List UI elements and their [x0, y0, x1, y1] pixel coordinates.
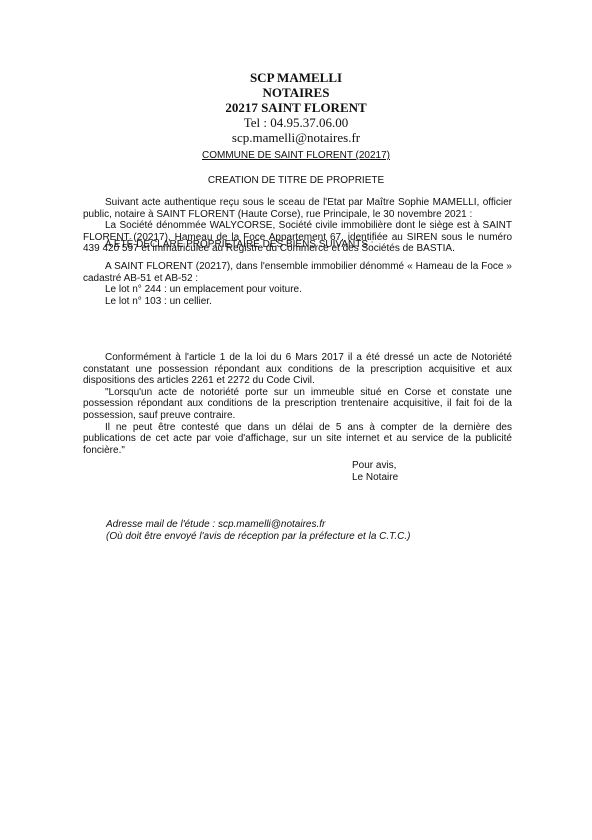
document-title: CREATION DE TITRE DE PROPRIETE — [0, 175, 592, 187]
property-location: A SAINT FLORENT (20217), dans l'ensemble… — [83, 261, 512, 284]
footer-note: Adresse mail de l'étude : scp.mamelli@no… — [106, 519, 410, 543]
citation-paragraph: "Lorsqu'un acte de notoriété porte sur u… — [83, 387, 512, 422]
property-section: A SAINT FLORENT (20217), dans l'ensemble… — [83, 261, 512, 307]
commune-heading: COMMUNE DE SAINT FLORENT (20217) — [0, 150, 592, 162]
signature-line-1: Pour avis, — [352, 460, 398, 472]
notoriete-paragraph: Conformément à l'article 1 de la loi du … — [83, 352, 512, 387]
delai-paragraph: Il ne peut être contesté que dans un dél… — [83, 422, 512, 457]
document-page: SCP MAMELLI NOTAIRES 20217 SAINT FLORENT… — [0, 0, 592, 840]
declared-heading: A ÉTÉ DECLARÉ PROPRIETAIRE DES BIENS SUI… — [83, 239, 512, 251]
lot-item: Le lot n° 244 : un emplacement pour voit… — [83, 284, 512, 296]
signature-block: Pour avis, Le Notaire — [352, 460, 398, 484]
notoriete-section: Conformément à l'article 1 de la loi du … — [83, 352, 512, 456]
firm-email: scp.mamelli@notaires.fr — [0, 130, 592, 145]
footer-email-line: Adresse mail de l'étude : scp.mamelli@no… — [106, 519, 410, 531]
footer-reception-note: (Où doit être envoyé l'avis de réception… — [106, 531, 410, 543]
signature-line-2: Le Notaire — [352, 472, 398, 484]
firm-name: SCP MAMELLI — [0, 70, 592, 85]
firm-phone: Tel : 04.95.37.06.00 — [0, 115, 592, 130]
lot-item: Le lot n° 103 : un cellier. — [83, 296, 512, 308]
declared-section: A ÉTÉ DECLARÉ PROPRIETAIRE DES BIENS SUI… — [83, 239, 512, 251]
profession: NOTAIRES — [0, 85, 592, 100]
firm-city: 20217 SAINT FLORENT — [0, 100, 592, 115]
letterhead: SCP MAMELLI NOTAIRES 20217 SAINT FLORENT… — [0, 70, 592, 145]
acte-paragraph: Suivant acte authentique reçu sous le sc… — [83, 197, 512, 220]
